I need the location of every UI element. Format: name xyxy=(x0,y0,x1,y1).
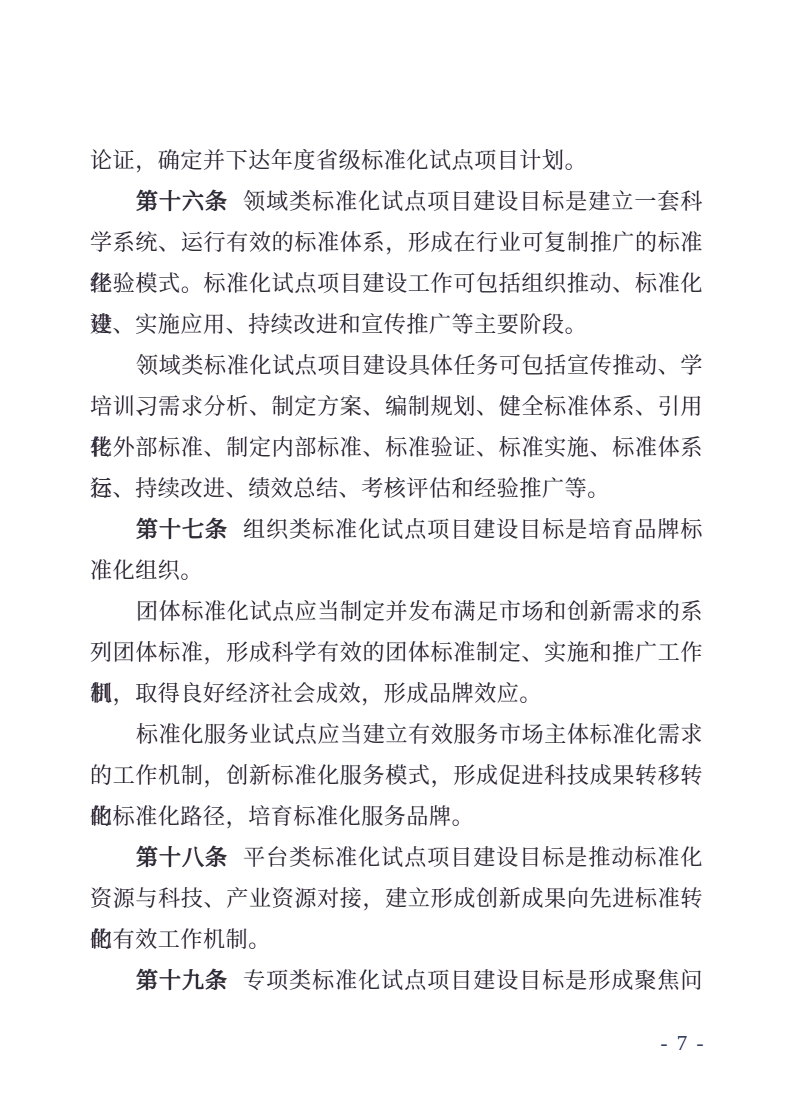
text-line: 制，取得良好经济社会成效，形成品牌效应。 xyxy=(90,673,703,714)
article-number: 第十八条 xyxy=(136,845,228,870)
text-line: 第十八条平台类标准化试点项目建设目标是推动标准化 xyxy=(90,837,703,878)
text-line: 第十九条专项类标准化试点项目建设目标是形成聚焦问 xyxy=(90,960,703,1001)
text-line: 团体标准化试点应当制定并发布满足市场和创新需求的系 xyxy=(90,591,703,632)
line-text: 组织类标准化试点项目建设目标是培育品牌标 xyxy=(243,517,703,542)
text-line: 培训、需求分析、制定方案、编制规划、健全标准体系、引用转 xyxy=(90,386,703,427)
text-line: 资源与科技、产业资源对接，建立形成创新成果向先进标准转化 xyxy=(90,878,703,919)
text-line: 的有效工作机制。 xyxy=(90,919,703,960)
text-line: 标准化服务业试点应当建立有效服务市场主体标准化需求 xyxy=(90,714,703,755)
text-line: 第十六条领域类标准化试点项目建设目标是建立一套科 xyxy=(90,181,703,222)
text-line: 领域类标准化试点项目建设具体任务可包括宣传推动、学习 xyxy=(90,345,703,386)
document-page: 论证，确定并下达年度省级标准化试点项目计划。第十六条领域类标准化试点项目建设目标… xyxy=(0,0,800,1109)
line-text: 平台类标准化试点项目建设目标是推动标准化 xyxy=(243,845,703,870)
text-line: 的工作机制，创新标准化服务模式，形成促进科技成果转移转化 xyxy=(90,755,703,796)
article-number: 第十六条 xyxy=(136,189,228,214)
text-line: 的标准化路径，培育标准化服务品牌。 xyxy=(90,796,703,837)
text-line: 化外部标准、制定内部标准、标准验证、标准实施、标准体系运 xyxy=(90,427,703,468)
text-line: 设、实施应用、持续改进和宣传推广等主要阶段。 xyxy=(90,304,703,345)
text-line: 行、持续改进、绩效总结、考核评估和经验推广等。 xyxy=(90,468,703,509)
line-text: 领域类标准化试点项目建设目标是建立一套科 xyxy=(243,189,703,214)
article-number: 第十九条 xyxy=(136,968,228,993)
document-body: 论证，确定并下达年度省级标准化试点项目计划。第十六条领域类标准化试点项目建设目标… xyxy=(90,140,703,1001)
line-text: 专项类标准化试点项目建设目标是形成聚焦问 xyxy=(243,968,703,993)
text-line: 第十七条组织类标准化试点项目建设目标是培育品牌标 xyxy=(90,509,703,550)
text-line: 论证，确定并下达年度省级标准化试点项目计划。 xyxy=(90,140,703,181)
text-line: 学系统、运行有效的标准体系，形成在行业可复制推广的标准化 xyxy=(90,222,703,263)
text-line: 经验模式。标准化试点项目建设工作可包括组织推动、标准化建 xyxy=(90,263,703,304)
article-number: 第十七条 xyxy=(136,517,228,542)
page-number: - 7 - xyxy=(628,1028,738,1058)
text-line: 列团体标准，形成科学有效的团体标准制定、实施和推广工作机 xyxy=(90,632,703,673)
text-line: 准化组织。 xyxy=(90,550,703,591)
